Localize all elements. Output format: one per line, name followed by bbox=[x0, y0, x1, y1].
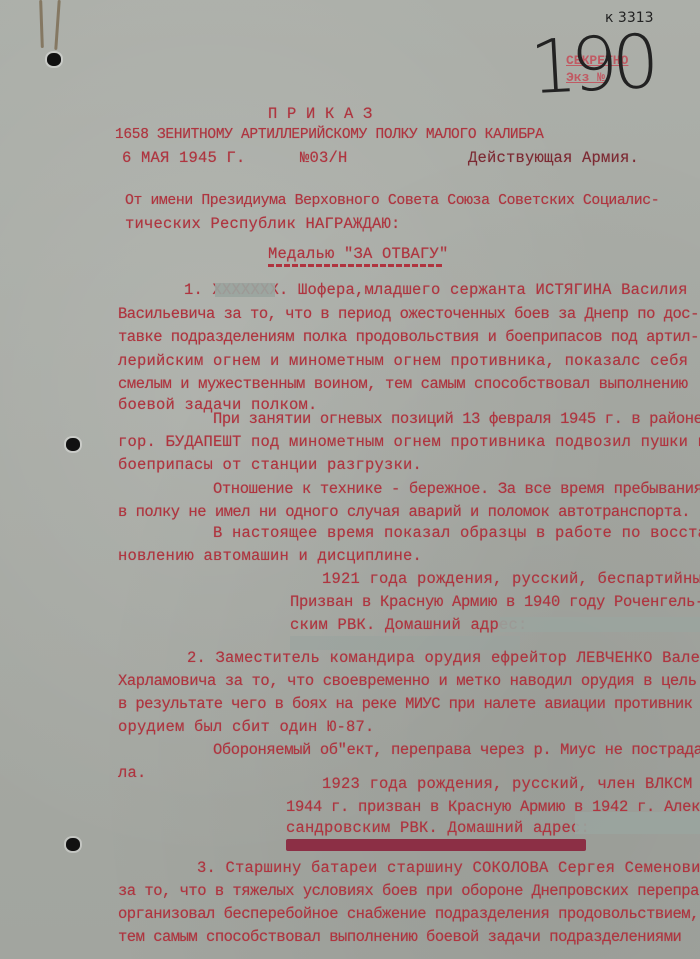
award-heading: Медалью "ЗА ОТВАГУ" bbox=[268, 245, 449, 263]
entry-line: Призван в Красную Армию в 1940 году Роче… bbox=[290, 593, 700, 611]
entry-line: смелым и мужественным воином, тем самым … bbox=[118, 375, 688, 393]
entry-line: боеприпасы от станции разгрузки. bbox=[118, 456, 422, 474]
binding-thread bbox=[39, 0, 44, 48]
award-underline bbox=[268, 264, 444, 267]
redacted-address bbox=[500, 617, 700, 632]
redacted-address bbox=[290, 636, 520, 650]
page-number: 190 bbox=[528, 17, 656, 113]
redacted-text bbox=[215, 283, 275, 297]
preamble-line: тических Республик НАГРАЖДАЮ: bbox=[125, 215, 401, 233]
entry-line: Васильевича за то, что в период ожесточе… bbox=[118, 305, 699, 323]
entry-line: Отношение к технике - бережное. За все в… bbox=[213, 480, 700, 498]
document-page: к 3313 СЕКРЕТНО Экз № 190 П Р И К А З 16… bbox=[0, 0, 700, 959]
entry-line: в полку не имел ни одного случая аварий … bbox=[118, 503, 690, 521]
entry-line: Обороняемый об"ект, переправа через р. М… bbox=[213, 741, 700, 759]
entry-line: сандровским РВК. Домашний адрес: bbox=[286, 819, 590, 837]
binding-thread bbox=[54, 0, 60, 50]
entry-line: тем самым способствовал выполнению боево… bbox=[118, 928, 681, 946]
order-date: 6 МАЯ 1945 Г. bbox=[122, 149, 246, 167]
entry-line: ла. bbox=[118, 764, 147, 782]
preamble-line: От имени Президиума Верховного Совета Со… bbox=[125, 192, 659, 210]
order-location: Действующая Армия. bbox=[468, 149, 639, 167]
redacted-address bbox=[286, 839, 586, 851]
entry-line: Харламовича за то, что своевременно и ме… bbox=[118, 672, 697, 690]
punch-hole bbox=[47, 53, 61, 66]
entry-line: организовал бесперебойное снабжение подр… bbox=[118, 905, 699, 923]
entry-line: новлению автомашин и дисциплине. bbox=[118, 547, 422, 565]
order-number: №03/Н bbox=[300, 149, 348, 167]
entry-line: В настоящее время показал образцы в рабо… bbox=[213, 524, 700, 542]
document-title: П Р И К А З bbox=[268, 105, 373, 123]
entry-line: орудием был сбит один Ю-87. bbox=[118, 718, 375, 736]
redacted-address bbox=[575, 812, 700, 834]
entry-line: гор. БУДАПЕШТ под минометным огнем проти… bbox=[118, 433, 700, 451]
entry-line: за то, что в тяжелых условиях боев при о… bbox=[118, 882, 699, 900]
punch-hole bbox=[66, 438, 80, 451]
entry-line: 2. Заместитель командира орудия ефрейтор… bbox=[187, 649, 700, 667]
entry-line: 1923 года рождения, русский, член ВЛКСМ … bbox=[322, 775, 700, 793]
entry-line: ским РВК. Домашний адрес: bbox=[290, 616, 528, 634]
entry-line: лерийским огнем и минометным огнем проти… bbox=[118, 352, 688, 370]
entry-line: тавке подразделениям полка продовольстви… bbox=[118, 328, 699, 346]
entry-line: 3. Старшину батареи старшину СОКОЛОВА Се… bbox=[197, 859, 700, 877]
entry-line: При занятии огневых позиций 13 февраля 1… bbox=[213, 410, 700, 428]
unit-name: 1658 ЗЕНИТНОМУ АРТИЛЛЕРИЙСКОМУ ПОЛКУ МАЛ… bbox=[115, 126, 543, 144]
entry-line: в результате чего в боях на реке МИУС пр… bbox=[118, 695, 692, 713]
punch-hole bbox=[66, 838, 80, 851]
entry-line: 1921 года рождения, русский, беспартийны… bbox=[322, 570, 700, 588]
